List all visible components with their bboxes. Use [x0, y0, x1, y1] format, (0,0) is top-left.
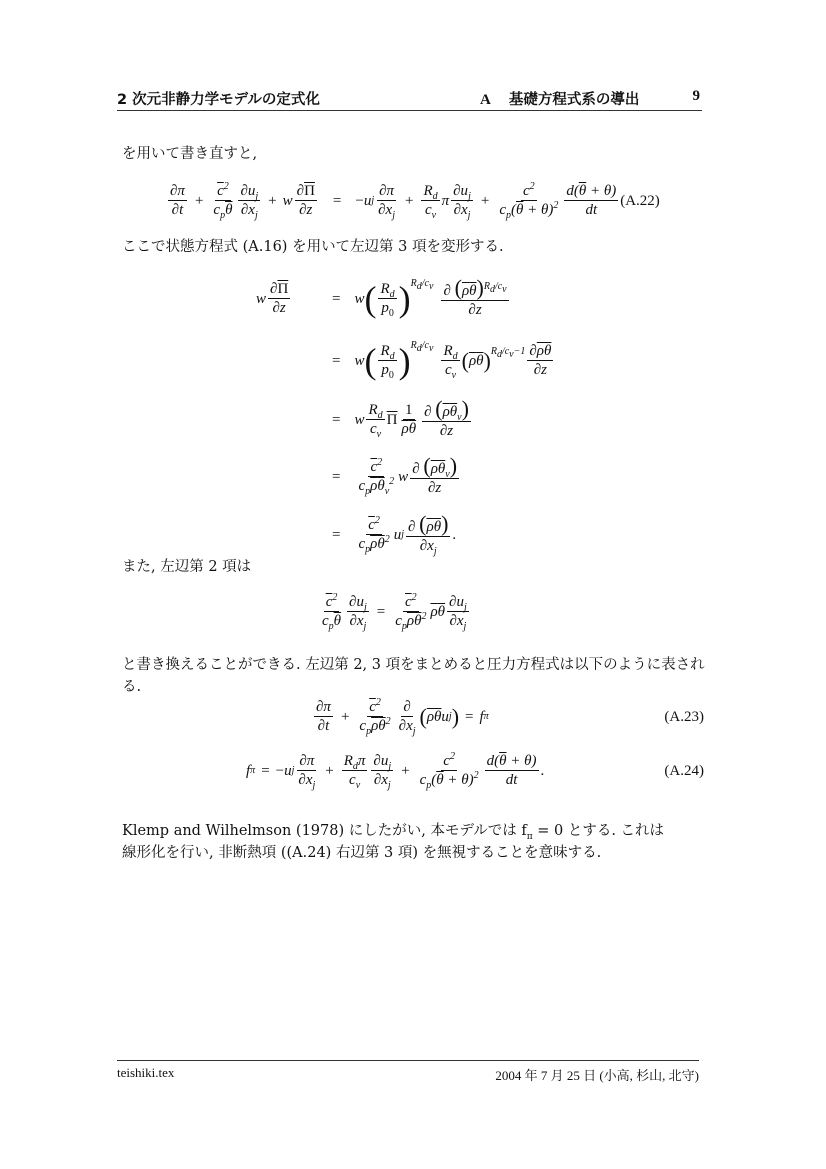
equation-tag: (A.24)	[664, 763, 704, 780]
derivation-line-1: w∂Π∂z = w(Rdp0)Rd/cv ∂ (ρθ)Rd/cv∂z	[256, 268, 656, 330]
derivation-line-2: = w(Rdp0)Rd/cv Rdcv (ρθ)Rd/cv−1 ∂ρθ∂z	[256, 330, 656, 392]
source-filename: teishiki.tex	[117, 1065, 174, 1081]
equation-a23: ∂π∂t + c2cpρθ2 ∂∂xj (ρθuj) =fπ (A.23)	[312, 694, 704, 740]
paragraph-rewrite: を用いて書き直すと,	[122, 143, 257, 165]
page-number: 9	[693, 88, 701, 105]
derivation-line-3: = wRdcvΠ 1ρθ ∂ (ρθv)∂z	[256, 392, 656, 448]
paragraph-pressure-equation: と書き換えることができる. 左辺第 2, 3 項をまとめると圧力方程式は以下のよ…	[122, 654, 707, 698]
paragraph-conclusion: Klemp and Wilhelmson (1978) にしたがい, 本モデルで…	[122, 820, 707, 864]
equation-derivation: w∂Π∂z = w(Rdp0)Rd/cv ∂ (ρθ)Rd/cv∂z = w(R…	[256, 268, 656, 564]
appendix-letter: A	[480, 92, 491, 108]
running-header: 2 次元非静力学モデルの定式化 A基礎方程式系の導出 9	[117, 88, 702, 111]
equation-second-term: c2cpθ ∂uj∂xj = c2cpρθ2ρθ ∂uj∂xj	[318, 588, 471, 636]
derivation-line-4: = c2cpρθv2w ∂ (ρθv)∂z	[256, 448, 656, 506]
paragraph-transform: ここで状態方程式 (A.16) を用いて左辺第 3 項を変形する.	[122, 236, 504, 258]
equation-a24: fπ=−uj ∂π∂xj + Rdπcv ∂uj∂xj + c2cp(θ + θ…	[246, 748, 704, 794]
equation-tag: (A.22)	[620, 193, 660, 210]
date-authors: 2004 年 7 月 25 日 (小高, 杉山, 北守)	[495, 1065, 699, 1084]
equation-a22: ∂π∂t + c2cpθ ∂uj∂xj +w ∂Π∂z = −uj ∂π∂xj …	[166, 176, 660, 226]
derivation-line-5: = c2cpρθ2uj ∂ (ρθ)∂xj.	[256, 506, 656, 564]
running-footer: teishiki.tex 2004 年 7 月 25 日 (小高, 杉山, 北守…	[117, 1060, 699, 1083]
chapter-title: 2 次元非静力学モデルの定式化	[117, 88, 320, 109]
equation-tag: (A.23)	[664, 709, 704, 726]
appendix-title: A基礎方程式系の導出	[480, 88, 639, 109]
paragraph-second-term: また, 左辺第 2 項は	[122, 556, 251, 578]
